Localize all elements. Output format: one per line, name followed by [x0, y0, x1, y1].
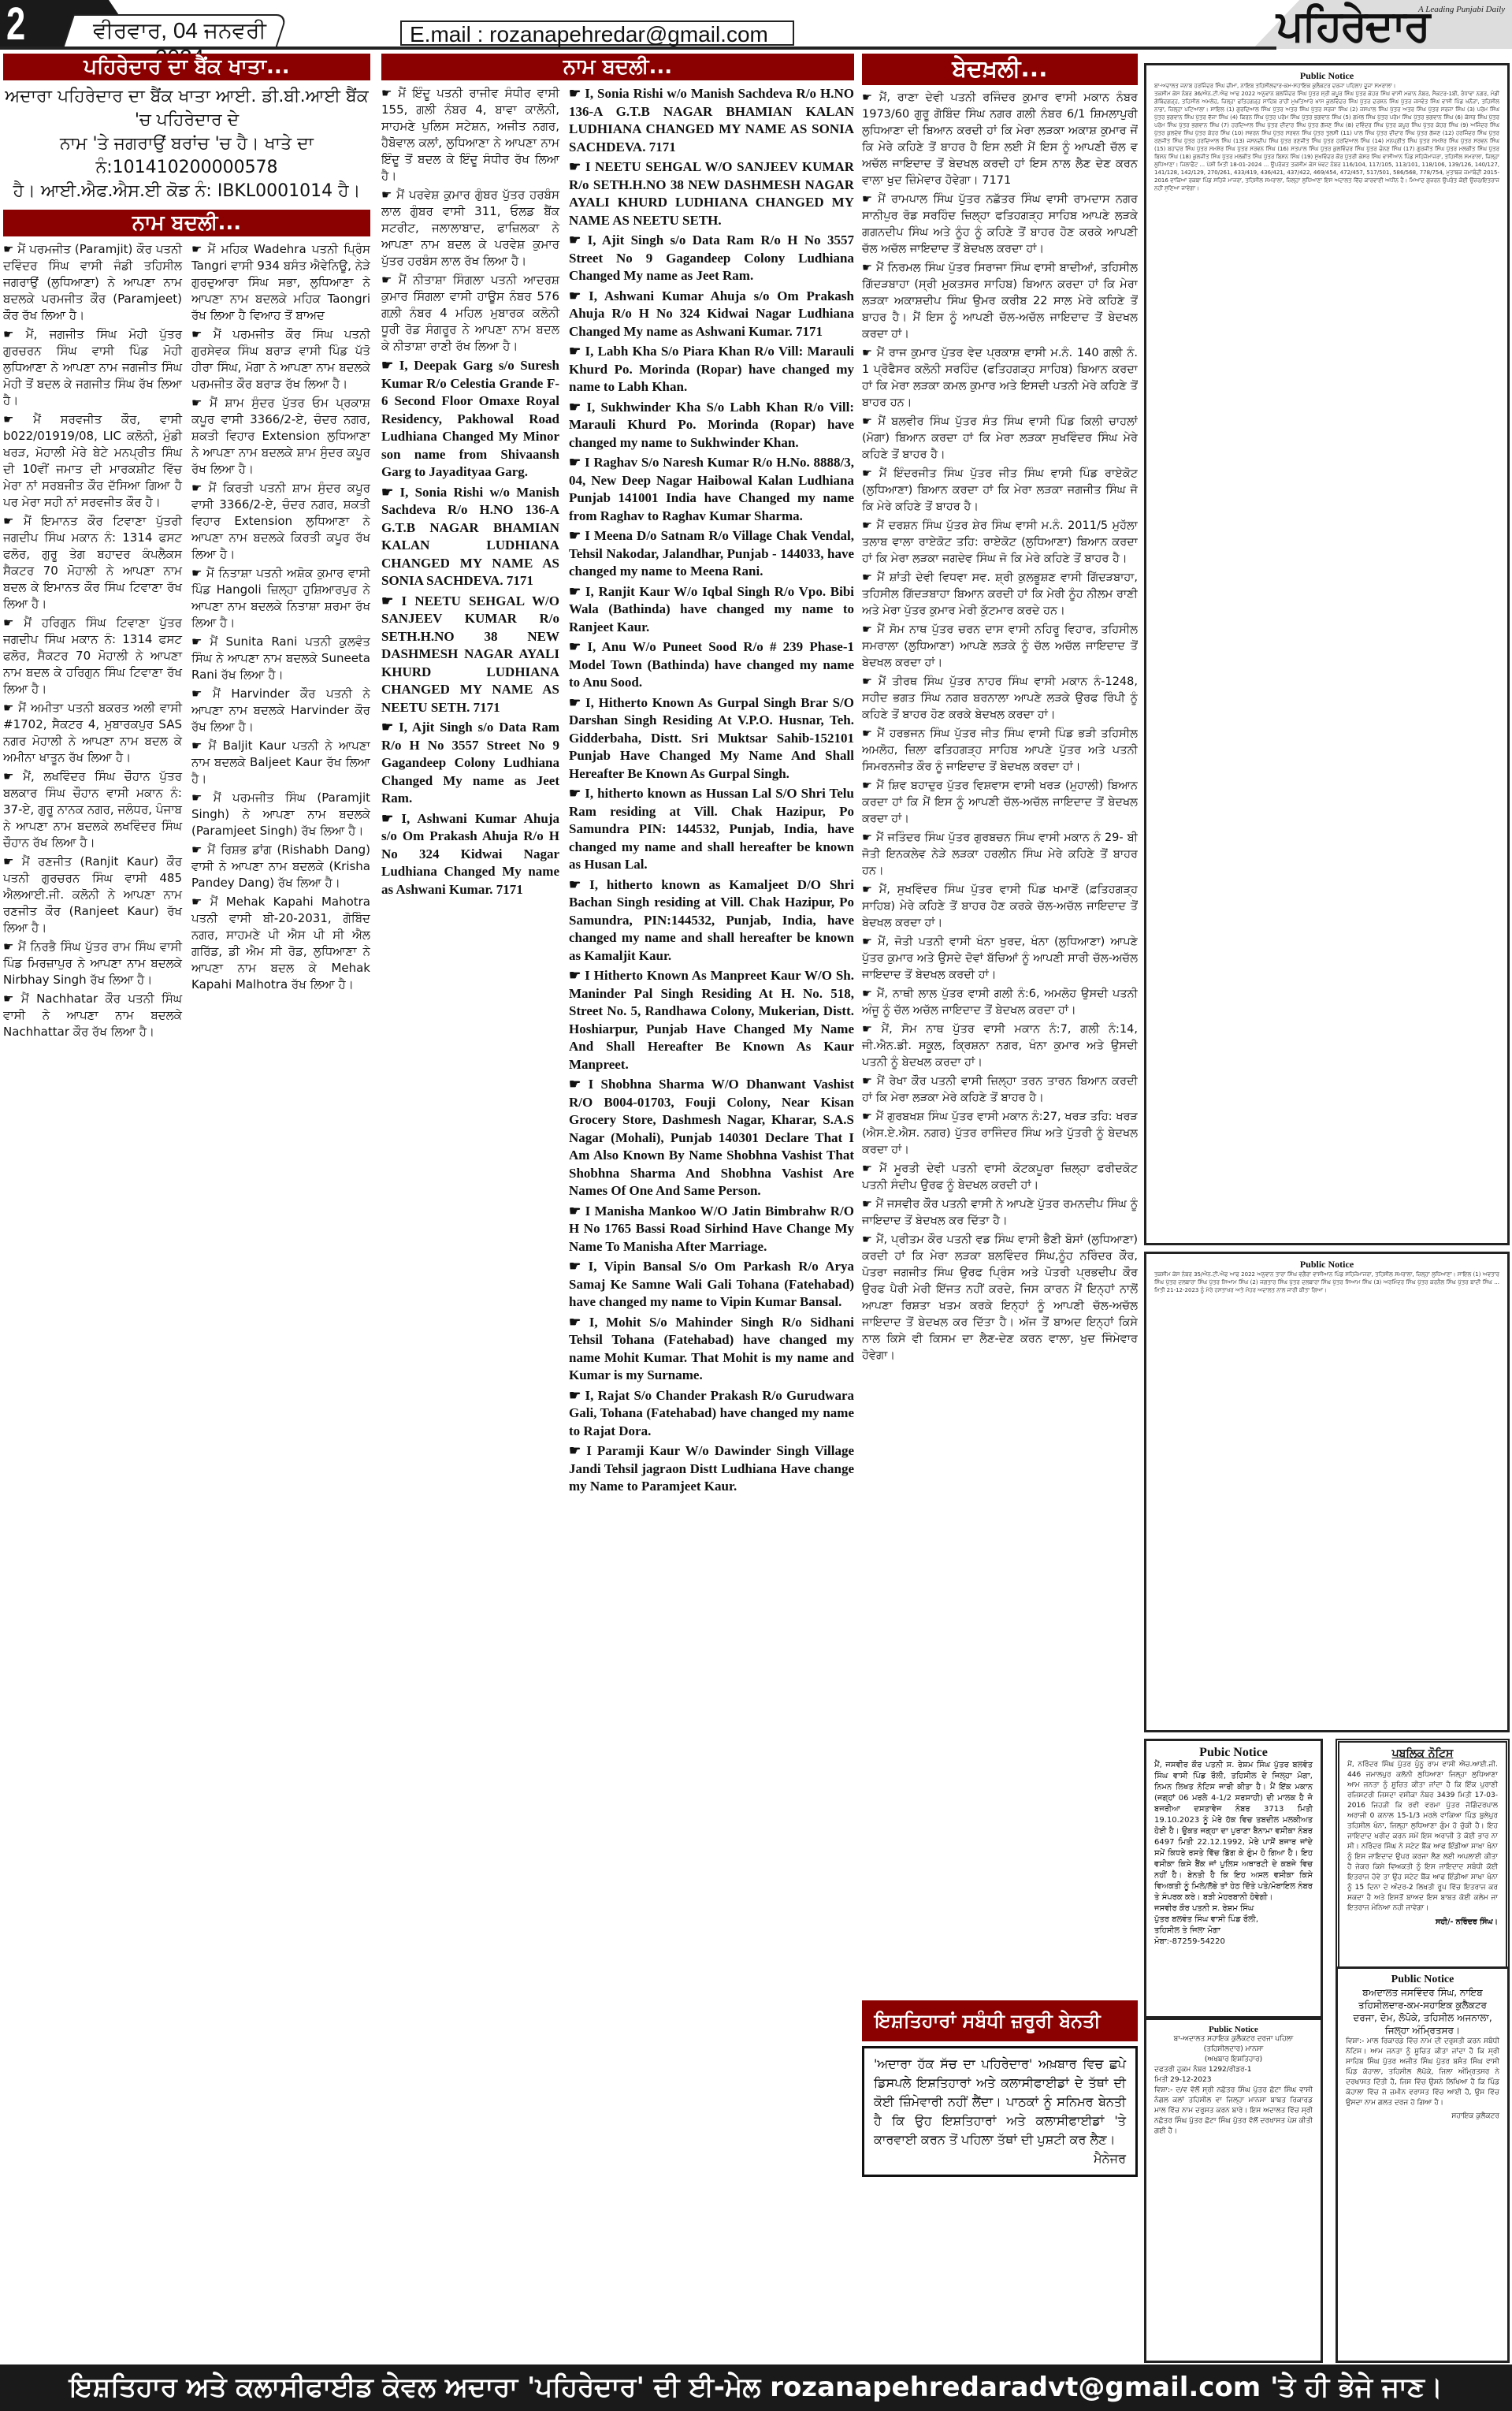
bank-account-text: ਅਦਾਰਾ ਪਹਿਰੇਦਾਰ ਦਾ ਬੈਂਕ ਖਾਤਾ ਆਈ. ਡੀ.ਬੀ.ਆਈ…	[3, 85, 370, 203]
ad-request-text: 'ਅਦਾਰਾ ਹੱਕ ਸੱਚ ਦਾ ਪਹਿਰੇਦਾਰ' ਅਖ਼ਬਾਰ ਵਿਚ ਛ…	[874, 2055, 1126, 2149]
name-change-columns: ਮੈਂ ਪਰਮਜੀਤ (Paramjit) ਕੌਰ ਪਤਨੀ ਦਵਿੰਦਰ ਸਿ…	[3, 241, 370, 1043]
notice-heading: ਬਾ-ਅਦਾਲਤ ਸਹਾਇਕ ਕੁਲੈਕਟਰ ਦਰਜਾ ਪਹਿਲਾ (ਤਹਿਸੀ…	[1154, 2034, 1313, 2085]
list-item: ਮੈਂ, ਜਗਜੀਤ ਸਿੰਘ ਮੋਹੀ ਪੁੱਤਰ ਗੁਰਚਰਨ ਸਿੰਘ ਵ…	[3, 326, 182, 409]
bedakhli-banner: ਬੇਦਖ਼ਲੀ...	[862, 54, 1138, 85]
name-change-col-1: ਮੈਂ ਪਰਮਜੀਤ (Paramjit) ਕੌਰ ਪਤਨੀ ਦਵਿੰਦਰ ਸਿ…	[3, 241, 182, 1043]
list-item: ਮੈਂ ਸ਼ਾਂਤੀ ਦੇਵੀ ਵਿਧਵਾ ਸਵ. ਸ਼੍ਰੀ ਕੁਲਭੂਸ਼ਣ…	[862, 570, 1138, 619]
public-notice-mansa: Public Notice ਬਾ-ਅਦਾਲਤ ਸਹਾਇਕ ਕੁਲੈਕਟਰ ਦਰਜ…	[1144, 2018, 1323, 2363]
list-item: ਮੈਂ ਪਰਮਜੀਤ (Paramjit) ਕੌਰ ਪਤਨੀ ਦਵਿੰਦਰ ਸਿ…	[3, 241, 182, 324]
list-item: I, Ashwani Kumar Ahuja s/o Om Prakash Ah…	[569, 288, 854, 341]
list-item: ਮੈਂ ਰੇਖਾ ਕੌਰ ਪਤਨੀ ਵਾਸੀ ਜ਼ਿਲ੍ਹਾ ਤਰਨ ਤਾਰਨ …	[862, 1073, 1138, 1107]
list-item: ਮੈਂ ਇਮਾਨਤ ਕੌਰ ਟਿਵਾਣਾ ਪੁੱਤਰੀ ਜਗਦੀਪ ਸਿੰਘ ਮ…	[3, 513, 182, 612]
list-item: ਮੈਂ Baljit Kaur ਪਤਨੀ ਨੇ ਆਪਣਾ ਨਾਮ ਬਦਲਕੇ B…	[191, 738, 370, 787]
list-item: I, Mohit S/o Mahinder Singh R/o Sidhani …	[569, 1314, 854, 1385]
list-item: ਮੈਂ, ਰਾਣਾ ਦੇਵੀ ਪਤਨੀ ਰਜਿੰਦਰ ਕੁਮਾਰ ਵਾਸੀ ਮਕ…	[862, 90, 1138, 189]
order-date: ਮਿਤੀ 29-12-2023	[1154, 2075, 1313, 2085]
list-item: I Raghav S/o Naresh Kumar R/o H.No. 8888…	[569, 454, 854, 525]
list-item: ਮੈਂ ਰਾਜ ਕੁਮਾਰ ਪੁੱਤਰ ਵੇਦ ਪ੍ਰਕਾਸ਼ ਵਾਸੀ ਮ.ਨ…	[862, 345, 1138, 411]
list-item: ਮੈਂ, ਸੁਖਵਿੰਦਰ ਸਿੰਘ ਪੁੱਤਰ ਵਾਸੀ ਪਿੰਡ ਖਮਾਣੋ…	[862, 882, 1138, 932]
list-item: I, Ashwani Kumar Ahuja s/o Om Prakash Ah…	[381, 810, 559, 899]
list-item: ਮੈਂ, ਸੋਮ ਨਾਥ ਪੁੱਤਰ ਵਾਸੀ ਮਕਾਨ ਨੰ:7, ਗਲੀ ਨ…	[862, 1021, 1138, 1071]
list-item: ਮੈਂ ਨੀਤਾਸ਼ਾ ਸਿੰਗਲਾ ਪਤਨੀ ਆਦਰਸ਼ ਕੁਮਾਰ ਸਿੰਗ…	[381, 272, 559, 355]
list-item: ਮੈਂ ਰਣਜੀਤ (Ranjit Kaur) ਕੌਰ ਪਤਨੀ ਗੁਰਚਰਨ …	[3, 854, 182, 936]
list-item: ਮੈਂ, ਜੋਤੀ ਪਤਨੀ ਵਾਸੀ ਖੰਨਾ ਖੁਰਦ, ਖੰਨਾ (ਲੁਧ…	[862, 934, 1138, 984]
notice-body: ਤਕਸੀਮ ਕੇਸ ਨੰਬਰ 36/ਐਨ.ਟੀ.ਐਫ ਆਫ 2022 ਅਨੁਵਾ…	[1154, 90, 1499, 192]
notice-title: Pubic Notice	[1154, 1746, 1313, 1760]
name-change-col-2: ਮੈਂ ਮਹਿਕ Wadehra ਪਤਨੀ ਪ੍ਰਿੰਸ Tangri ਵਾਸੀ…	[191, 241, 370, 1043]
list-item: ਮੈਂ ਨਿਰਮਲ ਸਿੰਘ ਪੁੱਤਰ ਸਿਰਾਜਾ ਸਿੰਘ ਵਾਸੀ ਬਾ…	[862, 260, 1138, 343]
list-item: I, Rajat S/o Chander Prakash R/o Gurudwa…	[569, 1387, 854, 1441]
list-item: ਮੈਂ ਨਿਤਾਸ਼ਾ ਪਤਨੀ ਅਸ਼ੋਕ ਕੁਮਾਰ ਵਾਸੀ ਪਿੰਡ H…	[191, 565, 370, 631]
list-item: ਮੈਂ, ਨਾਥੀ ਲਾਲ ਪੁੱਤਰ ਵਾਸੀ ਗਲੀ ਨੰ:6, ਅਮਲੋਹ…	[862, 986, 1138, 1019]
notice-body: ਵਿਸ਼ਾ:- ਮਾਲ ਰਿਕਾਰਡ ਵਿੱਚ ਨਾਮ ਦੀ ਦਰੁਸਤੀ ਕਰ…	[1346, 2037, 1499, 2108]
heading-line: ਬਾ-ਅਦਾਲਤ ਸਹਾਇਕ ਕੁਲੈਕਟਰ ਦਰਜਾ ਪਹਿਲਾ	[1154, 2034, 1313, 2045]
name-change-banner: ਨਾਮ ਬਦਲੀ...	[3, 210, 370, 236]
public-notice-punjabi: ਪਬਲਿਕ ਨੋਟਿਸ ਮੈਂ, ਨਰਿੰਦਰ ਸਿੰਘ ਪੁੱਤਰ ਪੁੰਨੂ…	[1336, 1739, 1510, 1971]
list-item: I, Sukhwinder Kha S/o Labh Khan R/o Vill…	[569, 399, 854, 452]
bank-line-3: ਹੈ। ਆਈ.ਐਫ.ਐਸ.ਈ ਕੋਡ ਨੰ: IBKL0001014 ਹੈ।	[3, 180, 370, 203]
list-item: I, Labh Kha S/o Piara Khan R/o Vill: Mar…	[569, 343, 854, 396]
sign-line: ਪੁੱਤਰ ਬਲਵੰਤ ਸਿੰਘ ਵਾਸੀ ਪਿੰਡ ਰੌਲੀ,	[1154, 1914, 1313, 1925]
list-item: I Meena D/o Satnam R/o Village Chak Vend…	[569, 527, 854, 581]
ad-request-box: 'ਅਦਾਰਾ ਹੱਕ ਸੱਚ ਦਾ ਪਹਿਰੇਦਾਰ' ਅਖ਼ਬਾਰ ਵਿਚ ਛ…	[862, 2046, 1138, 2177]
name-change-2-col-2: I, Sonia Rishi w/o Manish Sachdeva R/o H…	[569, 85, 854, 1498]
heading-line: (ਅਖਬਾਰ ਇਸ਼ਤਿਹਾਰ)	[1154, 2055, 1313, 2065]
list-item: ਮੈਂ Mehak Kapahi Mahotra ਪਤਨੀ ਵਾਸੀ ਬੀ-20…	[191, 894, 370, 993]
bedakhli-list: ਮੈਂ, ਰਾਣਾ ਦੇਵੀ ਪਤਨੀ ਰਜਿੰਦਰ ਕੁਮਾਰ ਵਾਸੀ ਮਕ…	[862, 90, 1138, 1989]
list-item: I, Ajit Singh s/o Data Ram R/o H No 3557…	[381, 719, 559, 808]
list-item: I Hitherto Known As Manpreet Kaur W/O Sh…	[569, 967, 854, 1073]
notice-title: Public Notice	[1346, 1974, 1499, 1986]
bank-line-1: ਅਦਾਰਾ ਪਹਿਰੇਦਾਰ ਦਾ ਬੈਂਕ ਖਾਤਾ ਆਈ. ਡੀ.ਬੀ.ਆਈ…	[3, 85, 370, 132]
list-item: I Shobhna Sharma W/O Dhanwant Vashist R/…	[569, 1076, 854, 1200]
list-item: ਮੈਂ ਦਰਸ਼ਨ ਸਿੰਘ ਪੁੱਤਰ ਸ਼ੇਰ ਸਿੰਘ ਵਾਸੀ ਮ.ਨੰ…	[862, 518, 1138, 567]
list-item: ਮੈਂ Nachhatar ਕੌਰ ਪਤਨੀ ਸਿੰਘ ਵਾਸੀ ਨੇ ਆਪਣਾ…	[3, 991, 182, 1040]
list-item: ਮੈਂ ਪਰਮਜੀਤ ਸਿੰਘ (Paramjit Singh) ਨੇ ਆਪਣਾ…	[191, 790, 370, 839]
list-item: I, Sonia Rishi w/o Manish Sachdeva R/o H…	[569, 85, 854, 156]
ad-request-banner: ਇਸ਼ਤਿਹਾਰਾਂ ਸਬੰਧੀ ਜ਼ਰੂਰੀ ਬੇਨਤੀ	[862, 2000, 1138, 2041]
email-box: E.mail : rozanapehredar@gmail.com	[400, 20, 794, 46]
notice-title: Public Notice	[1154, 2025, 1313, 2034]
notice-title: ਪਬਲਿਕ ਨੋਟਿਸ	[1347, 1747, 1498, 1760]
notice-signature: ਜਸਵੀਰ ਕੌਰ ਪਤਨੀ ਸ. ਰੇਸ਼ਮ ਸਿੰਘ ਪੁੱਤਰ ਬਲਵੰਤ…	[1154, 1903, 1313, 1948]
pubic-notice-lost-deed: Pubic Notice ਮੈਂ, ਜਸਵੀਰ ਕੌਰ ਪਤਨੀ ਸ. ਰੇਸ਼…	[1144, 1739, 1323, 2018]
notice-title: Public Notice	[1154, 70, 1499, 82]
sign-line: ਤਹਿਸੀਲ ਤੇ ਜਿਲਾ ਮੋਗਾ	[1154, 1925, 1313, 1937]
list-item: ਮੈਂ ਸਰਵਜੀਤ ਕੌਰ, ਵਾਸੀ b022/01919/08, LIC …	[3, 411, 182, 511]
list-item: ਮੈਂ ਨਿਰਭੈ ਸਿੰਘ ਪੁੱਤਰ ਰਾਮ ਸਿੰਘ ਵਾਸੀ ਪਿੰਡ …	[3, 939, 182, 988]
bank-line-2: ਨਾਮ 'ਤੇ ਜਗਰਾਉਂ ਬਰਾਂਚ 'ਚ ਹੈ। ਖਾਤੇ ਦਾ ਨੰ:1…	[3, 132, 370, 180]
list-item: ਮੈਂ ਪਰਵੇਸ਼ ਕੁਮਾਰ ਗੁੰਬਰ ਪੁੱਤਰ ਹਰਬੰਸ ਲਾਲ ਗ…	[381, 187, 559, 270]
ad-request-signature: ਮੈਨੇਜਰ	[874, 2149, 1126, 2168]
tagline: A Leading Punjabi Daily	[1418, 5, 1505, 14]
list-item: ਮੈਂ ਇੰਦਰਜੀਤ ਸਿੰਘ ਪੁੱਤਰ ਜੀਤ ਸਿੰਘ ਵਾਸੀ ਪਿੰ…	[862, 466, 1138, 515]
list-item: ਮੈਂ ਕਿਰਤੀ ਪਤਨੀ ਸ਼ਾਮ ਸੁੰਦਰ ਕਪੂਰ ਵਾਸੀ 3366…	[191, 480, 370, 563]
footer-banner: ਇਸ਼ਤਿਹਾਰ ਅਤੇ ਕਲਾਸੀਫਾਈਡ ਕੇਵਲ ਅਦਾਰਾ 'ਪਹਿਰੇ…	[0, 2364, 1512, 2411]
list-item: ਮੈਂ ਤੀਰਥ ਸਿੰਘ ਪੁੱਤਰ ਨਾਹਰ ਸਿੰਘ ਵਾਸੀ ਮਕਾਨ …	[862, 674, 1138, 724]
list-item: ਮੈਂ ਮਹਿਕ Wadehra ਪਤਨੀ ਪ੍ਰਿੰਸ Tangri ਵਾਸੀ…	[191, 241, 370, 324]
list-item: ਮੈਂ, ਲਖਵਿੰਦਰ ਸਿੰਘ ਚੌਹਾਨ ਪੁੱਤਰ ਬਲਕਾਰ ਸਿੰਘ…	[3, 768, 182, 851]
list-item: I Manisha Mankoo W/O Jatin Bimbrahw R/O …	[569, 1203, 854, 1256]
list-item: I, Sonia Rishi w/o Manish Sachdeva R/o H…	[381, 484, 559, 590]
list-item: I NEETU SEHGAL W/O SANJEEV KUMAR R/o SET…	[381, 593, 559, 717]
heading-line: (ਤਹਿਸੀਲਦਾਰ) ਮਾਨਸਾ	[1154, 2045, 1313, 2055]
list-item: I, Ajit Singh s/o Data Ram R/o H No 3557…	[569, 232, 854, 285]
name-change-2-col-1: ਮੈਂ ਇੰਦੂ ਪਤਨੀ ਰਾਜੀਵ ਸੰਧੀਰ ਵਾਸੀ 155, ਗਲੀ …	[381, 85, 559, 1498]
list-item: I Paramji Kaur W/o Dawinder Singh Villag…	[569, 1442, 854, 1496]
notice-title: Public Notice	[1154, 1259, 1499, 1271]
list-item: I, Vipin Bansal S/o Om Parkash R/o Arya …	[569, 1258, 854, 1312]
list-item: I NEETU SEHGAL W/O SANJEEV KUMAR R/o SET…	[569, 158, 854, 229]
list-item: ਮੈਂ ਪਰਮਜੀਤ ਕੌਰ ਸਿੰਘ ਪਤਨੀ ਗੁਰਸੇਵਕ ਸਿੰਘ ਬਰ…	[191, 326, 370, 393]
list-item: ਮੈਂ ਰਾਮਪਾਲ ਸਿੰਘ ਪੁੱਤਰ ਨਛੱਤਰ ਸਿੰਘ ਵਾਸੀ ਰਾ…	[862, 192, 1138, 258]
name-change-banner-2: ਨਾਮ ਬਦਲੀ...	[381, 54, 854, 80]
list-item: ਮੈਂ ਸ਼ਿਵ ਬਹਾਦੁਰ ਪੁੱਤਰ ਵਿਸ਼ਵਾਸ ਵਾਸੀ ਖਰੜ (…	[862, 778, 1138, 828]
column-bank-namechange: ਪਹਿਰੇਦਾਰ ਦਾ ਬੈਂਕ ਖਾਤਾ... ਅਦਾਰਾ ਪਹਿਰੇਦਾਰ …	[3, 54, 370, 2359]
list-item: ਮੈਂ ਜਤਿੰਦਰ ਸਿੰਘ ਪੁੱਤਰ ਗੁਰਬਚਨ ਸਿੰਘ ਵਾਸੀ ਮ…	[862, 830, 1138, 880]
column-name-change-2: ਨਾਮ ਬਦਲੀ... ਮੈਂ ਇੰਦੂ ਪਤਨੀ ਰਾਜੀਵ ਸੰਧੀਰ ਵਾ…	[381, 54, 854, 2359]
notice-body: ਵਿਸ਼ਾ:- ਦ/ਵ ਵੱਲੋਂ ਸ੍ਰੀ ਨਛੱਤਰ ਸਿੰਘ ਪੁੱਤਰ …	[1154, 2085, 1313, 2137]
order-number: ਦਫਤਰੀ ਹੁਕਮ ਨੰਬਰ 1292/ਰੀਡਰ-1	[1154, 2065, 1313, 2075]
masthead-rule	[0, 47, 1276, 50]
list-item: ਮੈਂ ਇੰਦੂ ਪਤਨੀ ਰਾਜੀਵ ਸੰਧੀਰ ਵਾਸੀ 155, ਗਲੀ …	[381, 85, 559, 184]
list-item: ਮੈਂ ਰਿਸ਼ਭ ਡਾਂਗ (Rishabh Dang) ਵਾਸੀ ਨੇ ਆਪ…	[191, 842, 370, 891]
list-item: ਮੈਂ ਅਮੀਤਾ ਪਤਨੀ ਬਕਰਤ ਅਲੀ ਵਾਸੀ #1702, ਸੈਕਟ…	[3, 700, 182, 766]
notice-heading: ਬਅਦਾਲਤ ਜਸਵਿੰਦਰ ਸਿੰਘ, ਨਾਇਬ ਤਹਿਸੀਲਦਾਰ-ਕਮ-ਸ…	[1346, 1986, 1499, 2037]
list-item: I, hitherto known as Kamaljeet D/O Shri …	[569, 876, 854, 966]
list-item: ਮੈਂ, ਪ੍ਰੀਤਮ ਕੌਰ ਪਤਨੀ ਵਡ ਸਿੰਘ ਵਾਸੀ ਭੈਣੀ ਬ…	[862, 1232, 1138, 1364]
list-item: ਮੈਂ ਹਰਭਜਨ ਸਿੰਘ ਪੁੱਤਰ ਜੀਤ ਸਿੰਘ ਵਾਸੀ ਪਿੰਡ …	[862, 726, 1138, 776]
list-item: ਮੈਂ ਗੁਰਬਖਸ਼ ਸਿੰਘ ਪੁੱਤਰ ਵਾਸੀ ਮਕਾਨ ਨੰ:27, …	[862, 1109, 1138, 1159]
list-item: I, Deepak Garg s/o Suresh Kumar R/o Cele…	[381, 357, 559, 482]
masthead: 2 ਵੀਰਵਾਰ, 04 ਜਨਵਰੀ 2024 E.mail : rozanap…	[0, 0, 1512, 49]
list-item: I, hitherto known as Hussan Lal S/O Shri…	[569, 785, 854, 874]
notice-body: ਮੈਂ, ਨਰਿੰਦਰ ਸਿੰਘ ਪੁੱਤਰ ਪੁੰਨੂ ਰਾਮ ਵਾਸੀ ਐਚ…	[1347, 1760, 1498, 1914]
list-item: ਮੈਂ ਹਰਿਗੁਨ ਸਿੰਘ ਟਿਵਾਣਾ ਪੁੱਤਰ ਜਗਦੀਪ ਸਿੰਘ …	[3, 615, 182, 698]
list-item: ਮੈਂ ਸੋਮ ਨਾਥ ਪੁੱਤਰ ਚਰਨ ਦਾਸ ਵਾਸੀ ਨਹਿਰੂ ਵਿਹ…	[862, 622, 1138, 672]
list-item: ਮੈਂ ਜਸਵੀਰ ਕੌਰ ਪਤਨੀ ਵਾਸੀ ਨੇ ਆਪਣੇ ਪੁੱਤਰ ਰਮ…	[862, 1196, 1138, 1230]
public-notice-large-2: Public Notice ਤਕਸੀਮ ਕੇਸ ਨੰਬਰ 35/ਐਨ.ਟੀ.ਐਫ…	[1144, 1252, 1510, 1732]
list-item: ਮੈਂ Sunita Rani ਪਤਨੀ ਕੁਲਵੰਤ ਸਿੰਘ ਨੇ ਆਪਣਾ…	[191, 634, 370, 683]
sign-line: ਮੋਬਾ:-87259-54220	[1154, 1937, 1313, 1948]
name-change-2-columns: ਮੈਂ ਇੰਦੂ ਪਤਨੀ ਰਾਜੀਵ ਸੰਧੀਰ ਵਾਸੀ 155, ਗਲੀ …	[381, 85, 854, 1498]
notice-signature: ਸਹੀ/- ਨਰਿੰਦਰ ਸਿੰਘ।	[1347, 1914, 1498, 1930]
public-notice-ajnala: Public Notice ਬਅਦਾਲਤ ਜਸਵਿੰਦਰ ਸਿੰਘ, ਨਾਇਬ …	[1336, 1966, 1510, 2363]
list-item: I, Anu W/o Puneet Sood R/o # 239 Phase-1…	[569, 638, 854, 692]
list-item: ਮੈਂ ਬਲਵੀਰ ਸਿੰਘ ਪੁੱਤਰ ਸੰਤ ਸਿੰਘ ਵਾਸੀ ਪਿੰਡ …	[862, 414, 1138, 463]
sign-line: ਜਸਵੀਰ ਕੌਰ ਪਤਨੀ ਸ. ਰੇਸ਼ਮ ਸਿੰਘ	[1154, 1903, 1313, 1914]
list-item: ਮੈਂ ਮੂਰਤੀ ਦੇਵੀ ਪਤਨੀ ਵਾਸੀ ਕੋਟਕਪੂਰਾ ਜ਼ਿਲ੍ਹ…	[862, 1161, 1138, 1194]
column-bedakhli: ਬੇਦਖ਼ਲੀ... ਮੈਂ, ਰਾਣਾ ਦੇਵੀ ਪਤਨੀ ਰਜਿੰਦਰ ਕੁ…	[862, 54, 1138, 2359]
notice-body: ਤਕਸੀਮ ਕੇਸ ਨੰਬਰ 35/ਐਨ.ਟੀ.ਐਫ ਆਫ 2022 ਅਨੁਵਾ…	[1154, 1271, 1499, 1294]
bank-banner: ਪਹਿਰੇਦਾਰ ਦਾ ਬੈਂਕ ਖਾਤਾ...	[3, 54, 370, 80]
list-item: ਮੈਂ ਸ਼ਾਮ ਸੁੰਦਰ ਪੁੱਤਰ ਓਮ ਪ੍ਰਕਾਸ਼ ਕਪੂਰ ਵਾਸ…	[191, 395, 370, 478]
newspaper-logo: ਪਹਿਰੇਦਾਰ	[1276, 5, 1429, 47]
public-notice-large-1: Public Notice ਬਾ-ਅਦਾਲਤ ਜਨਾਬ ਹਰਜਿੰਦਰ ਸਿੰਘ…	[1144, 63, 1510, 1245]
notice-body: ਮੈਂ, ਜਸਵੀਰ ਕੌਰ ਪਤਨੀ ਸ. ਰੇਸ਼ਮ ਸਿੰਘ ਪੁੱਤਰ …	[1154, 1760, 1313, 1903]
list-item: ਮੈਂ Harvinder ਕੌਰ ਪਤਨੀ ਨੇ ਆਪਣਾ ਨਾਮ ਬਦਲਕੇ…	[191, 686, 370, 735]
list-item: I, Hitherto Known As Gurpal Singh Brar S…	[569, 694, 854, 783]
notice-signature: ਸਹਾਇਕ ਕੁਲੈਕਟਰ	[1346, 2108, 1499, 2125]
page-number: 2	[6, 0, 25, 49]
list-item: I, Ranjit Kaur W/o Iqbal Singh R/o Vpo. …	[569, 583, 854, 637]
notice-heading: ਬਾ-ਅਦਾਲਤ ਜਨਾਬ ਹਰਜਿੰਦਰ ਸਿੰਘ ਚੀਮਾ, ਨਾਇਬ ਤਹ…	[1154, 82, 1499, 90]
